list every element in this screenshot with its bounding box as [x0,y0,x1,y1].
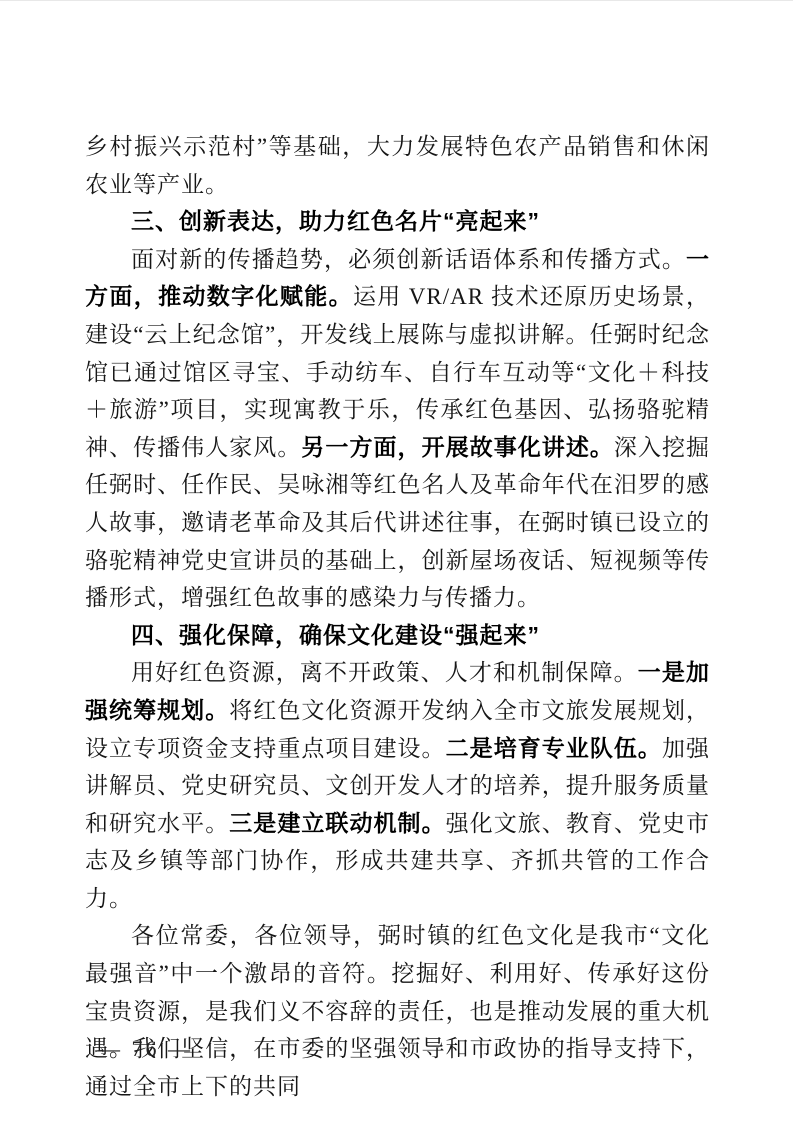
page-top-edge [0,0,793,1]
paragraph-section-4-body: 用好红色资源，离不开政策、人才和机制保障。一是加强统筹规划。将红色文化资源开发纳… [85,654,710,917]
page-number: — 76 — [98,1036,193,1062]
document-page: 乡村振兴示范村”等基础，大力发展特色农产品销售和休闲农业等产业。三、创新表达，助… [0,0,793,1122]
heading-section-4: 四、强化保障，确保文化建设“强起来” [85,617,710,655]
paragraph-section-3-body: 面对新的传播趋势，必须创新话语体系和传播方式。一方面，推动数字化赋能。运用 VR… [85,241,710,617]
emphasis-run: 另一方面，开展故事化讲述。 [301,434,614,460]
heading-section-3: 三、创新表达，助力红色名片“亮起来” [85,203,710,241]
text-run: 深入挖掘任弼时、任作民、吴咏湘等红色名人及革命年代在汨罗的感人故事，邀请老革命及… [85,435,710,610]
text-run: 面对新的传播趋势，必须创新话语体系和传播方式。 [131,247,686,272]
text-run: 用好红色资源，离不开政策、人才和机制保障。 [131,660,638,685]
document-body: 乡村振兴示范村”等基础，大力发展特色农产品销售和休闲农业等产业。三、创新表达，助… [85,128,710,1105]
emphasis-run: 四、强化保障，确保文化建设“强起来” [131,622,540,648]
emphasis-run: 三是建立联动机制。 [229,810,445,836]
paragraph-closing: 各位常委，各位领导，弼时镇的红色文化是我市“文化最强音”中一个激昂的音符。挖掘好… [85,917,710,1105]
emphasis-run: 二是培育专业队伍。 [446,735,662,761]
text-run: 各位常委，各位领导，弼时镇的红色文化是我市“文化最强音”中一个激昂的音符。挖掘好… [85,923,710,1098]
paragraph-continuation: 乡村振兴示范村”等基础，大力发展特色农产品销售和休闲农业等产业。 [85,128,710,203]
text-run: 乡村振兴示范村”等基础，大力发展特色农产品销售和休闲农业等产业。 [85,134,710,197]
emphasis-run: 三、创新表达，助力红色名片“亮起来” [131,208,540,234]
